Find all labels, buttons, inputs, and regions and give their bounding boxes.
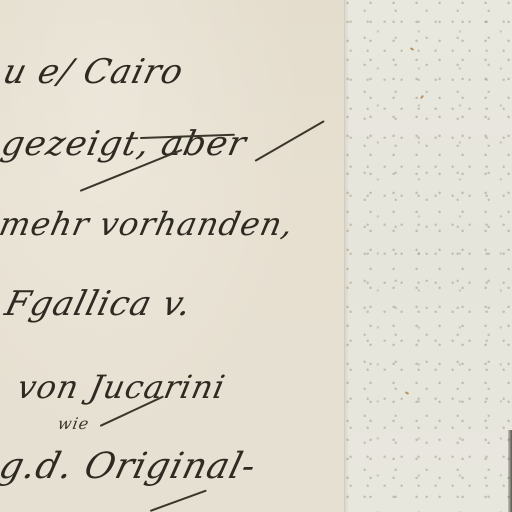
manuscript-line-6: g.d. Original- xyxy=(0,446,261,487)
manuscript-scan: u e/ Cairo gezeigt, aber mehr vorhanden,… xyxy=(0,0,512,512)
manuscript-line-4: Fgallica v. xyxy=(1,284,196,324)
descender-stroke xyxy=(150,490,207,512)
manuscript-line-3: mehr vorhanden, xyxy=(0,205,298,243)
backing-board xyxy=(343,0,512,512)
flourish-stroke xyxy=(255,120,325,162)
manuscript-line-1: u e/ Cairo xyxy=(0,52,188,92)
dark-edge xyxy=(508,430,512,512)
manuscript-line-5: von Jucarini xyxy=(14,368,229,406)
manuscript-line-2: gezeigt, aber xyxy=(0,124,250,164)
manuscript-interlinear-note: wie xyxy=(56,414,91,433)
manuscript-sheet: u e/ Cairo gezeigt, aber mehr vorhanden,… xyxy=(0,0,345,512)
